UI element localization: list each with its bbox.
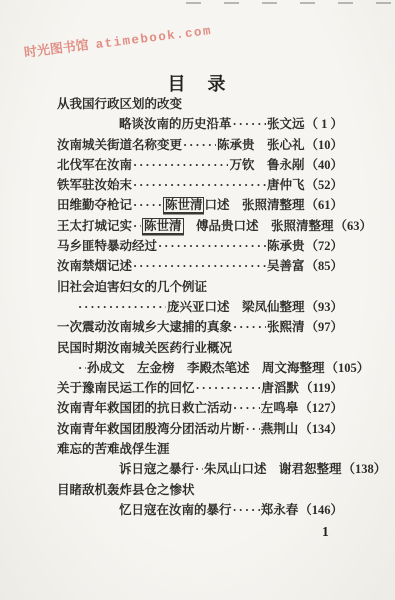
entry-page: （61） [305, 195, 343, 213]
author-name: 傅品贵口述 张照清整理 [184, 219, 334, 233]
author-name: 口述 张照清整理 [204, 198, 304, 212]
author-name: 郑永春 [261, 503, 299, 517]
author-name: 张熙清 [267, 320, 305, 334]
dot-leader [133, 158, 228, 173]
author-name: 唐仲飞 [267, 178, 305, 192]
entry-title: 关于豫南民运工作的回忆 [57, 378, 195, 396]
author-name: 陈承贵 [267, 239, 305, 253]
toc-entry: 汝南青年救国团殷湾分团活动片断 燕荆山 （134） [57, 419, 343, 439]
page-title: 目 录 [0, 70, 395, 96]
entry-title: 汝南青年救国团殷湾分团活动片断 [57, 419, 245, 437]
page-number: 1 [322, 524, 329, 540]
toc-entry: 目睹敌机轰炸县仓之惨状 [57, 480, 343, 500]
dot-leader [183, 138, 216, 153]
entry-title: 王太打城记实 [57, 216, 132, 234]
dot-leader [133, 259, 266, 274]
author-name: 孙成文 左金榜 李殿杰笔述 周文海整理 [87, 361, 325, 375]
entry-page: （97） [305, 317, 343, 335]
author-name: 万钦 鲁永剐 [229, 158, 304, 172]
entry-title: 略谈汝南的历史沿革 [119, 114, 232, 132]
dot-leader [133, 178, 266, 193]
entry-authors: 张熙清 [267, 317, 305, 335]
entry-page: （138） [343, 459, 387, 477]
entry-page: （40） [305, 155, 343, 173]
dot-leader [246, 422, 260, 437]
entry-page: （63） [335, 216, 373, 234]
toc-entry: 汝南禁烟记述 吴善富 （85） [57, 256, 343, 276]
entry-page: （85） [305, 256, 343, 274]
author-name: 张文远 [267, 117, 305, 131]
toc-entry: 汝南青年救国团的抗日救亡活动 左鸣皋 （127） [57, 398, 343, 418]
toc-entry: 略谈汝南的历史沿革 张文远 （ 1 ） [57, 114, 343, 134]
dot-leader [78, 300, 166, 315]
boxed-author-name: 陈世清 [163, 197, 205, 213]
entry-page: （146） [299, 500, 343, 518]
entry-title: 汝南青年救国团的抗日救亡活动 [57, 398, 232, 416]
entry-title: 一次震动汝南城乡大逮捕的真象 [57, 317, 232, 335]
dot-leader [78, 361, 86, 376]
entry-authors: 孙成文 左金榜 李殿杰笔述 周文海整理 [87, 358, 325, 376]
toc-entry: 难忘的苦难战俘生涯 [57, 439, 343, 459]
toc-entry: 王太打城记实 陈世清 傅品贵口述 张照清整理 （63） [57, 216, 343, 236]
dot-leader [133, 219, 141, 234]
toc-entry: 马乡匪特暴动经过 陈承贵 （72） [57, 236, 343, 256]
entry-title: 忆日寇在汝南的暴行 [119, 500, 232, 518]
toc-entry: 田维勤夺枪记 陈世清口述 张照清整理 （61） [57, 195, 343, 215]
watermark-en-text: atimebook.com [95, 24, 213, 52]
toc-entry: 孙成文 左金榜 李殿杰笔述 周文海整理 （105） [57, 358, 343, 378]
author-name: 唐滔默 [261, 381, 299, 395]
entry-authors: 唐滔默 [261, 378, 299, 396]
entry-page: （72） [305, 236, 343, 254]
entry-authors: 陈承贵 [267, 236, 305, 254]
entry-title: 诉日寇之暴行 [119, 459, 194, 477]
entry-title: 汝南城关街道名称变更 [57, 135, 182, 153]
entry-page: （10） [305, 135, 343, 153]
entry-authors: 吴善富 [267, 256, 305, 274]
entry-authors: 张文远 [267, 114, 305, 132]
toc-entry: 诉日寇之暴行 朱凤山口述 谢君恕整理 （138） [57, 459, 343, 479]
entry-authors: 庞兴亚口述 梁凤仙整理 [167, 297, 305, 315]
author-name: 吴善富 [267, 259, 305, 273]
dot-leader [196, 381, 261, 396]
toc-entry: 一次震动汝南城乡大逮捕的真象 张熙清 （97） [57, 317, 343, 337]
entry-page: （134） [299, 419, 343, 437]
dot-leader [233, 503, 260, 518]
entry-title: 田维勤夺枪记 [57, 195, 132, 213]
entry-authors: 陈承贵 张心礼 [217, 135, 305, 153]
entry-title: 马乡匪特暴动经过 [57, 236, 157, 254]
toc-entry: 铁军驻汝始末 唐仲飞 （52） [57, 175, 343, 195]
author-name: 朱凤山口述 谢君恕整理 [204, 462, 342, 476]
entry-title: 旧社会迫害妇女的几个例证 [57, 277, 207, 295]
toc-entry: 关于豫南民运工作的回忆 唐滔默 （119） [57, 378, 343, 398]
entry-title: 难忘的苦难战俘生涯 [57, 439, 170, 457]
entry-authors: 唐仲飞 [267, 175, 305, 193]
author-name: 陈承贵 张心礼 [217, 138, 305, 152]
dot-leader [158, 239, 266, 254]
toc-entry: 民国时期汝南城关医药行业概况 [57, 338, 343, 358]
entry-authors: 左鸣皋 [261, 398, 299, 416]
toc-entry: 从我国行政区划的改变 [57, 94, 343, 114]
entry-title: 民国时期汝南城关医药行业概况 [57, 338, 232, 356]
entry-authors: 陈世清 傅品贵口述 张照清整理 [142, 216, 334, 234]
entry-authors: 燕荆山 [261, 419, 299, 437]
entry-page: （52） [305, 175, 343, 193]
entry-title: 从我国行政区划的改变 [57, 94, 182, 112]
toc-entry: 忆日寇在汝南的暴行 郑永春 （146） [57, 500, 343, 520]
boxed-author-name: 陈世清 [142, 218, 184, 234]
entry-page: （ 1 ） [305, 114, 343, 132]
entry-page: （93） [305, 297, 343, 315]
dot-leader [195, 462, 203, 477]
scan-artifact-dashes [186, 2, 391, 4]
entry-title: 汝南禁烟记述 [57, 256, 132, 274]
entry-authors: 朱凤山口述 谢君恕整理 [204, 459, 342, 477]
entry-page: （127） [299, 398, 343, 416]
watermark-cn-text: 时光图书馆 [23, 37, 89, 60]
entry-title: 北伐军在汝南 [57, 155, 132, 173]
author-name: 庞兴亚口述 梁凤仙整理 [167, 300, 305, 314]
author-name: 燕荆山 [261, 422, 299, 436]
scanned-page: 时光图书馆atimebook.com 目 录 从我国行政区划的改变 略谈汝南的历… [0, 0, 395, 600]
entry-page: （105） [326, 358, 370, 376]
toc-list: 从我国行政区划的改变 略谈汝南的历史沿革 张文远 （ 1 ） 汝南城关街道名称变… [57, 94, 343, 520]
toc-entry: 北伐军在汝南 万钦 鲁永剐 （40） [57, 155, 343, 175]
dot-leader [233, 320, 266, 335]
entry-authors: 万钦 鲁永剐 [229, 155, 304, 173]
entry-title: 铁军驻汝始末 [57, 175, 132, 193]
author-name: 左鸣皋 [261, 401, 299, 415]
toc-entry: 旧社会迫害妇女的几个例证 [57, 277, 343, 297]
toc-entry: 庞兴亚口述 梁凤仙整理 （93） [57, 297, 343, 317]
entry-title: 目睹敌机轰炸县仓之惨状 [57, 480, 195, 498]
dot-leader [233, 401, 260, 416]
watermark: 时光图书馆atimebook.com [23, 19, 213, 61]
entry-page: （119） [300, 378, 343, 396]
toc-entry: 汝南城关街道名称变更 陈承贵 张心礼 （10） [57, 135, 343, 155]
dot-leader [233, 117, 266, 132]
entry-authors: 郑永春 [261, 500, 299, 518]
dot-leader [133, 198, 162, 213]
entry-authors: 陈世清口述 张照清整理 [163, 195, 305, 213]
